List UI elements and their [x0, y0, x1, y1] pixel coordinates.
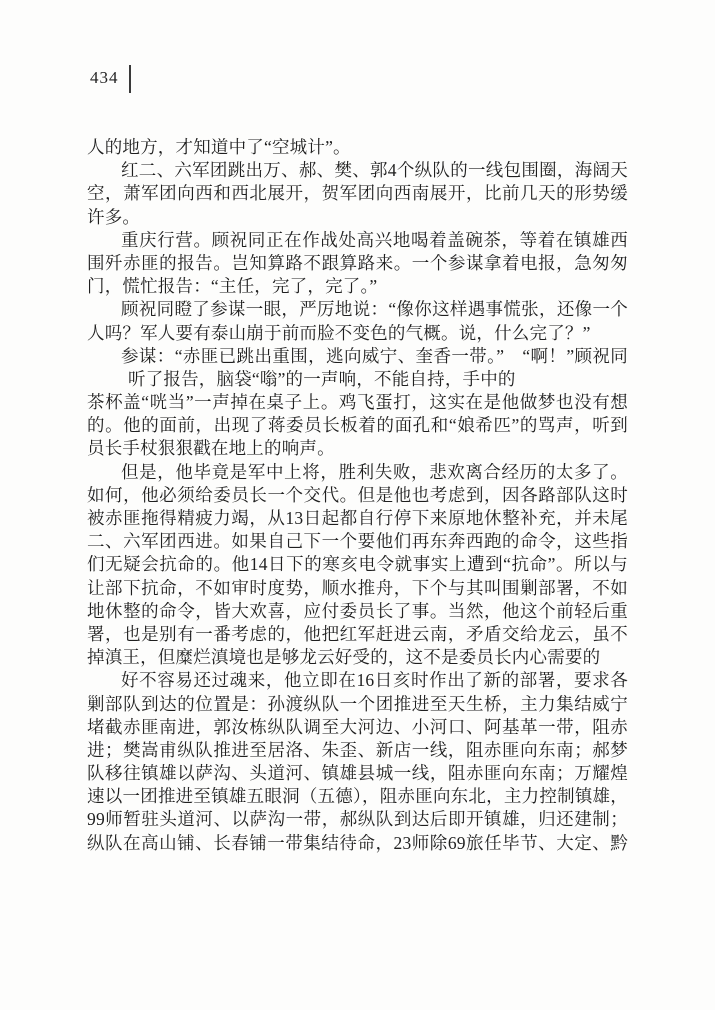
text-line: 地休整的命令，皆大欢喜，应付委员长了事。当然，他这个前轻后重的部 [87, 600, 628, 623]
page-number-divider [129, 65, 131, 93]
text-line: 门，慌忙报告：“主任，完了，完了。” [87, 275, 628, 298]
page-header: 434 [90, 64, 131, 93]
text-line: 署，也是别有一番考虑的，他把红军赶进云南，矛盾交给龙云，虽不能灭 [87, 623, 628, 646]
text-line: 让部下抗命，不如审时度势，顺水推舟，下个与其叫围剿部署，不如叫原 [87, 577, 628, 600]
text-line: 剿部队到达的位置是：孙渡纵队一个团推进至天生桥，主力集结威宁附近 [87, 693, 628, 716]
text-line: 参谋：“赤匪已跳出重围，逃向威宁、奎香一带。” “啊！”顾祝同 [87, 345, 628, 368]
text-line: 进；樊嵩甫纵队推进至居洛、朱歪、新店一线，阻赤匪向东南；郝梦龄纵 [87, 739, 628, 762]
text-line: 们无疑会抗命的。他14日下的寒亥电令就事实上遭到“抗命”。所以与其 [87, 553, 628, 576]
text-line: 好不容易还过魂来，他立即在16日亥时作出了新的部署，要求各追 [87, 669, 628, 692]
text-line: 如何，他必须给委员长一个交代。但是他也考虑到，因各路部队这时已经 [87, 484, 628, 507]
text-line: 二、六军团西进。如果自己下一个要他们再东奔西跑的命令，这些指挥官 [87, 530, 628, 553]
text-line: 空，萧军团向西和西北展开，贺军团向西南展开，比前几天的形势缓和了 [87, 182, 628, 205]
text-line: 人吗？军人要有泰山崩于前而脸不变色的气概。说，什么完了？” [87, 322, 628, 345]
book-page: 434 人的地方，才知道中了“空城计”。红二、六军团跳出万、郝、樊、郭4个纵队的… [0, 0, 715, 1010]
text-line: 堵截赤匪南进，郭汝栋纵队调至大河边、小河口、阿基革一带，阻赤匪南 [87, 716, 628, 739]
page-number: 434 [90, 64, 119, 92]
text-line: 员长手杖狠狠戳在地上的响声。 [87, 437, 628, 460]
text-line: 茶杯盖“咣当”一声掉在桌子上。鸡飞蛋打，这实在是他做梦也没有想到 [87, 391, 628, 414]
text-line: 被赤匪拖得精疲力竭，从13日起都自行停下来原地休整补充，并未尾赤匪 [87, 507, 628, 530]
text-line: 但是，他毕竟是军中上将，胜利失败，悲欢离合经历的太多了。无论 [87, 461, 628, 484]
text-line: 许多。 [87, 206, 628, 229]
text-line: 围歼赤匪的报告。岂知算路不跟算路来。一个参谋拿着电报，急匆匆跑进 [87, 252, 628, 275]
text-line: 人的地方，才知道中了“空城计”。 [87, 136, 628, 159]
text-line: 速以一团推进至镇雄五眼洞（五德），阻赤匪向东北，主力控制镇雄，第 [87, 785, 628, 808]
text-line: 红二、六军团跳出万、郝、樊、郭4个纵队的一线包围圈，海阔天 [87, 159, 628, 182]
text-line: 纵队在高山铺、长春铺一带集结待命，23师除69旅任毕节、大定、黔西守 [87, 832, 628, 855]
text-line: 顾祝同瞪了参谋一眼，严厉地说：“像你这样遇事慌张，还像一个军 [87, 298, 628, 321]
text-block: 人的地方，才知道中了“空城计”。红二、六军团跳出万、郝、樊、郭4个纵队的一线包围… [87, 136, 628, 855]
text-line: 队移往镇雄以萨沟、头道河、镇雄县城一线，阻赤匪向东南；万耀煌纵队 [87, 762, 628, 785]
text-line: 99师暂驻头道河、以萨沟一带，郝纵队到达后即开镇雄，归还建制；李觉 [87, 808, 628, 831]
text-line: 重庆行营。顾祝同正在作战处高兴地喝着盖碗茶，等着在镇雄西南 [87, 229, 628, 252]
text-line: 的。他的面前，出现了蒋委员长板着的面孔和“娘希匹”的骂声，听到委 [87, 414, 628, 437]
text-line: 听了报告，脑袋“嗡”的一声响，不能自持，手中的 [87, 368, 628, 391]
text-line: 掉滇王，但糜烂滇境也是够龙云好受的，这不是委员长内心需要的吗？ [87, 646, 628, 669]
